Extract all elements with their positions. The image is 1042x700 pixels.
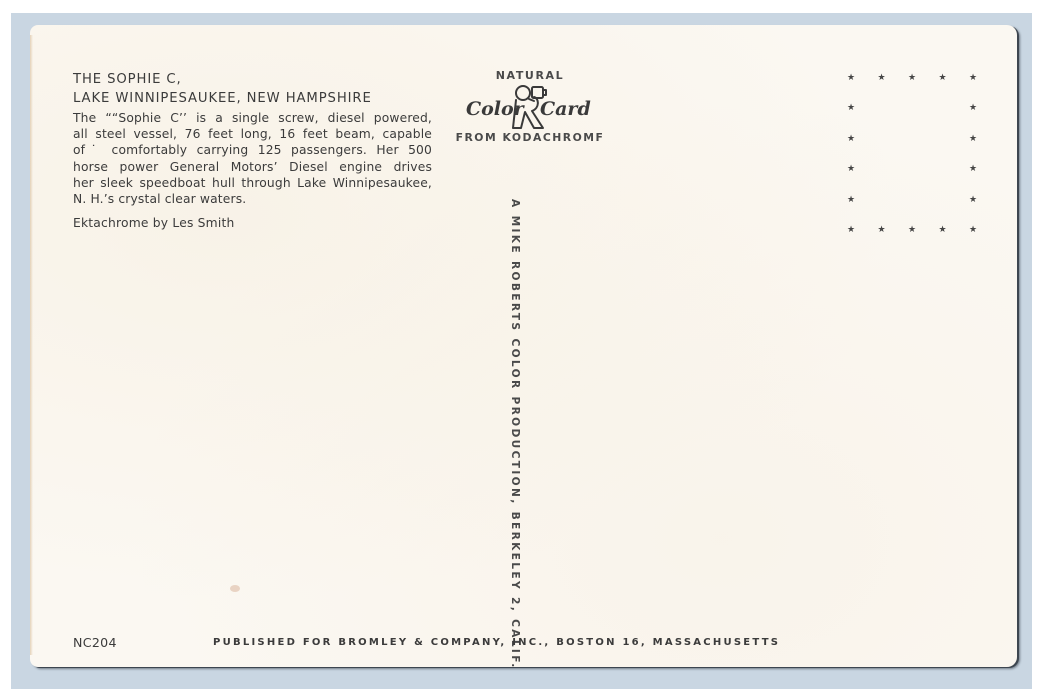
title-line-2: LAKE WINNIPESAUKEE, NEW HAMPSHIRE (73, 89, 433, 108)
photo-credit: Ektachrome by Les Smith (73, 216, 433, 230)
stain-speck (230, 585, 240, 592)
stamp-box-star-icon: ★ (878, 74, 886, 82)
stamp-box-star-icon: ★ (847, 135, 855, 143)
title-line-1: THE SOPHIE C, (73, 70, 433, 89)
stamp-box-star-icon: ★ (847, 196, 855, 204)
description-line: N. H.’s crystal clear waters. (73, 191, 432, 207)
description-line: of˙ comfortably carrying 125 passengers.… (73, 142, 432, 158)
divider-line: A MIKE ROBERTS COLOR PRODUCTION, BERKELE… (509, 199, 529, 619)
stamp-box-star-icon: ★ (969, 196, 977, 204)
stamp-box-star-icon: ★ (969, 104, 977, 112)
stamp-box-star-icon: ★ (878, 226, 886, 234)
stamp-box-star-icon: ★ (939, 226, 947, 234)
worn-card-edge (30, 35, 33, 655)
card-code: NC204 (73, 635, 117, 650)
description-line: all steel vessel, 76 feet long, 16 feet … (73, 126, 432, 142)
stamp-box-star-icon: ★ (969, 74, 977, 82)
description: The ““Sophie C’’ is a single screw, dies… (73, 110, 432, 207)
stamp-box-star-icon: ★ (908, 226, 916, 234)
stamp-box-star-icon: ★ (847, 104, 855, 112)
description-line: horse power General Motors’ Diesel engin… (73, 159, 432, 175)
stamp-box-star-icon: ★ (847, 165, 855, 173)
stamp-box-star-icon: ★ (847, 74, 855, 82)
logo-bottom-text: FROM KODACHROMF (450, 131, 610, 144)
stamp-box-star-icon: ★ (969, 135, 977, 143)
publisher-line: PUBLISHED FOR BROMLEY & COMPANY, INC., B… (213, 637, 780, 648)
stamp-box-star-icon: ★ (908, 74, 916, 82)
producer-credit: A MIKE ROBERTS COLOR PRODUCTION, BERKELE… (509, 199, 521, 670)
color-card-logo: NATURAL Color Card FROM KODACHROMF (450, 69, 610, 144)
caption-block: THE SOPHIE C, LAKE WINNIPESAUKEE, NEW HA… (73, 70, 433, 230)
stamp-box: ★★★★★★★★★★★★★★★★★★ (847, 74, 982, 234)
stamp-box-star-icon: ★ (847, 226, 855, 234)
description-line: The ““Sophie C’’ is a single screw, dies… (73, 110, 432, 126)
postcard-back: THE SOPHIE C, LAKE WINNIPESAUKEE, NEW HA… (30, 25, 1017, 667)
stamp-box-star-icon: ★ (969, 226, 977, 234)
stamp-box-star-icon: ★ (939, 74, 947, 82)
stamp-box-star-icon: ★ (969, 165, 977, 173)
logo-top-text: NATURAL (450, 69, 610, 82)
description-line: her sleek speedboat hull through Lake Wi… (73, 175, 432, 191)
logo-script-right: Card (540, 98, 591, 120)
